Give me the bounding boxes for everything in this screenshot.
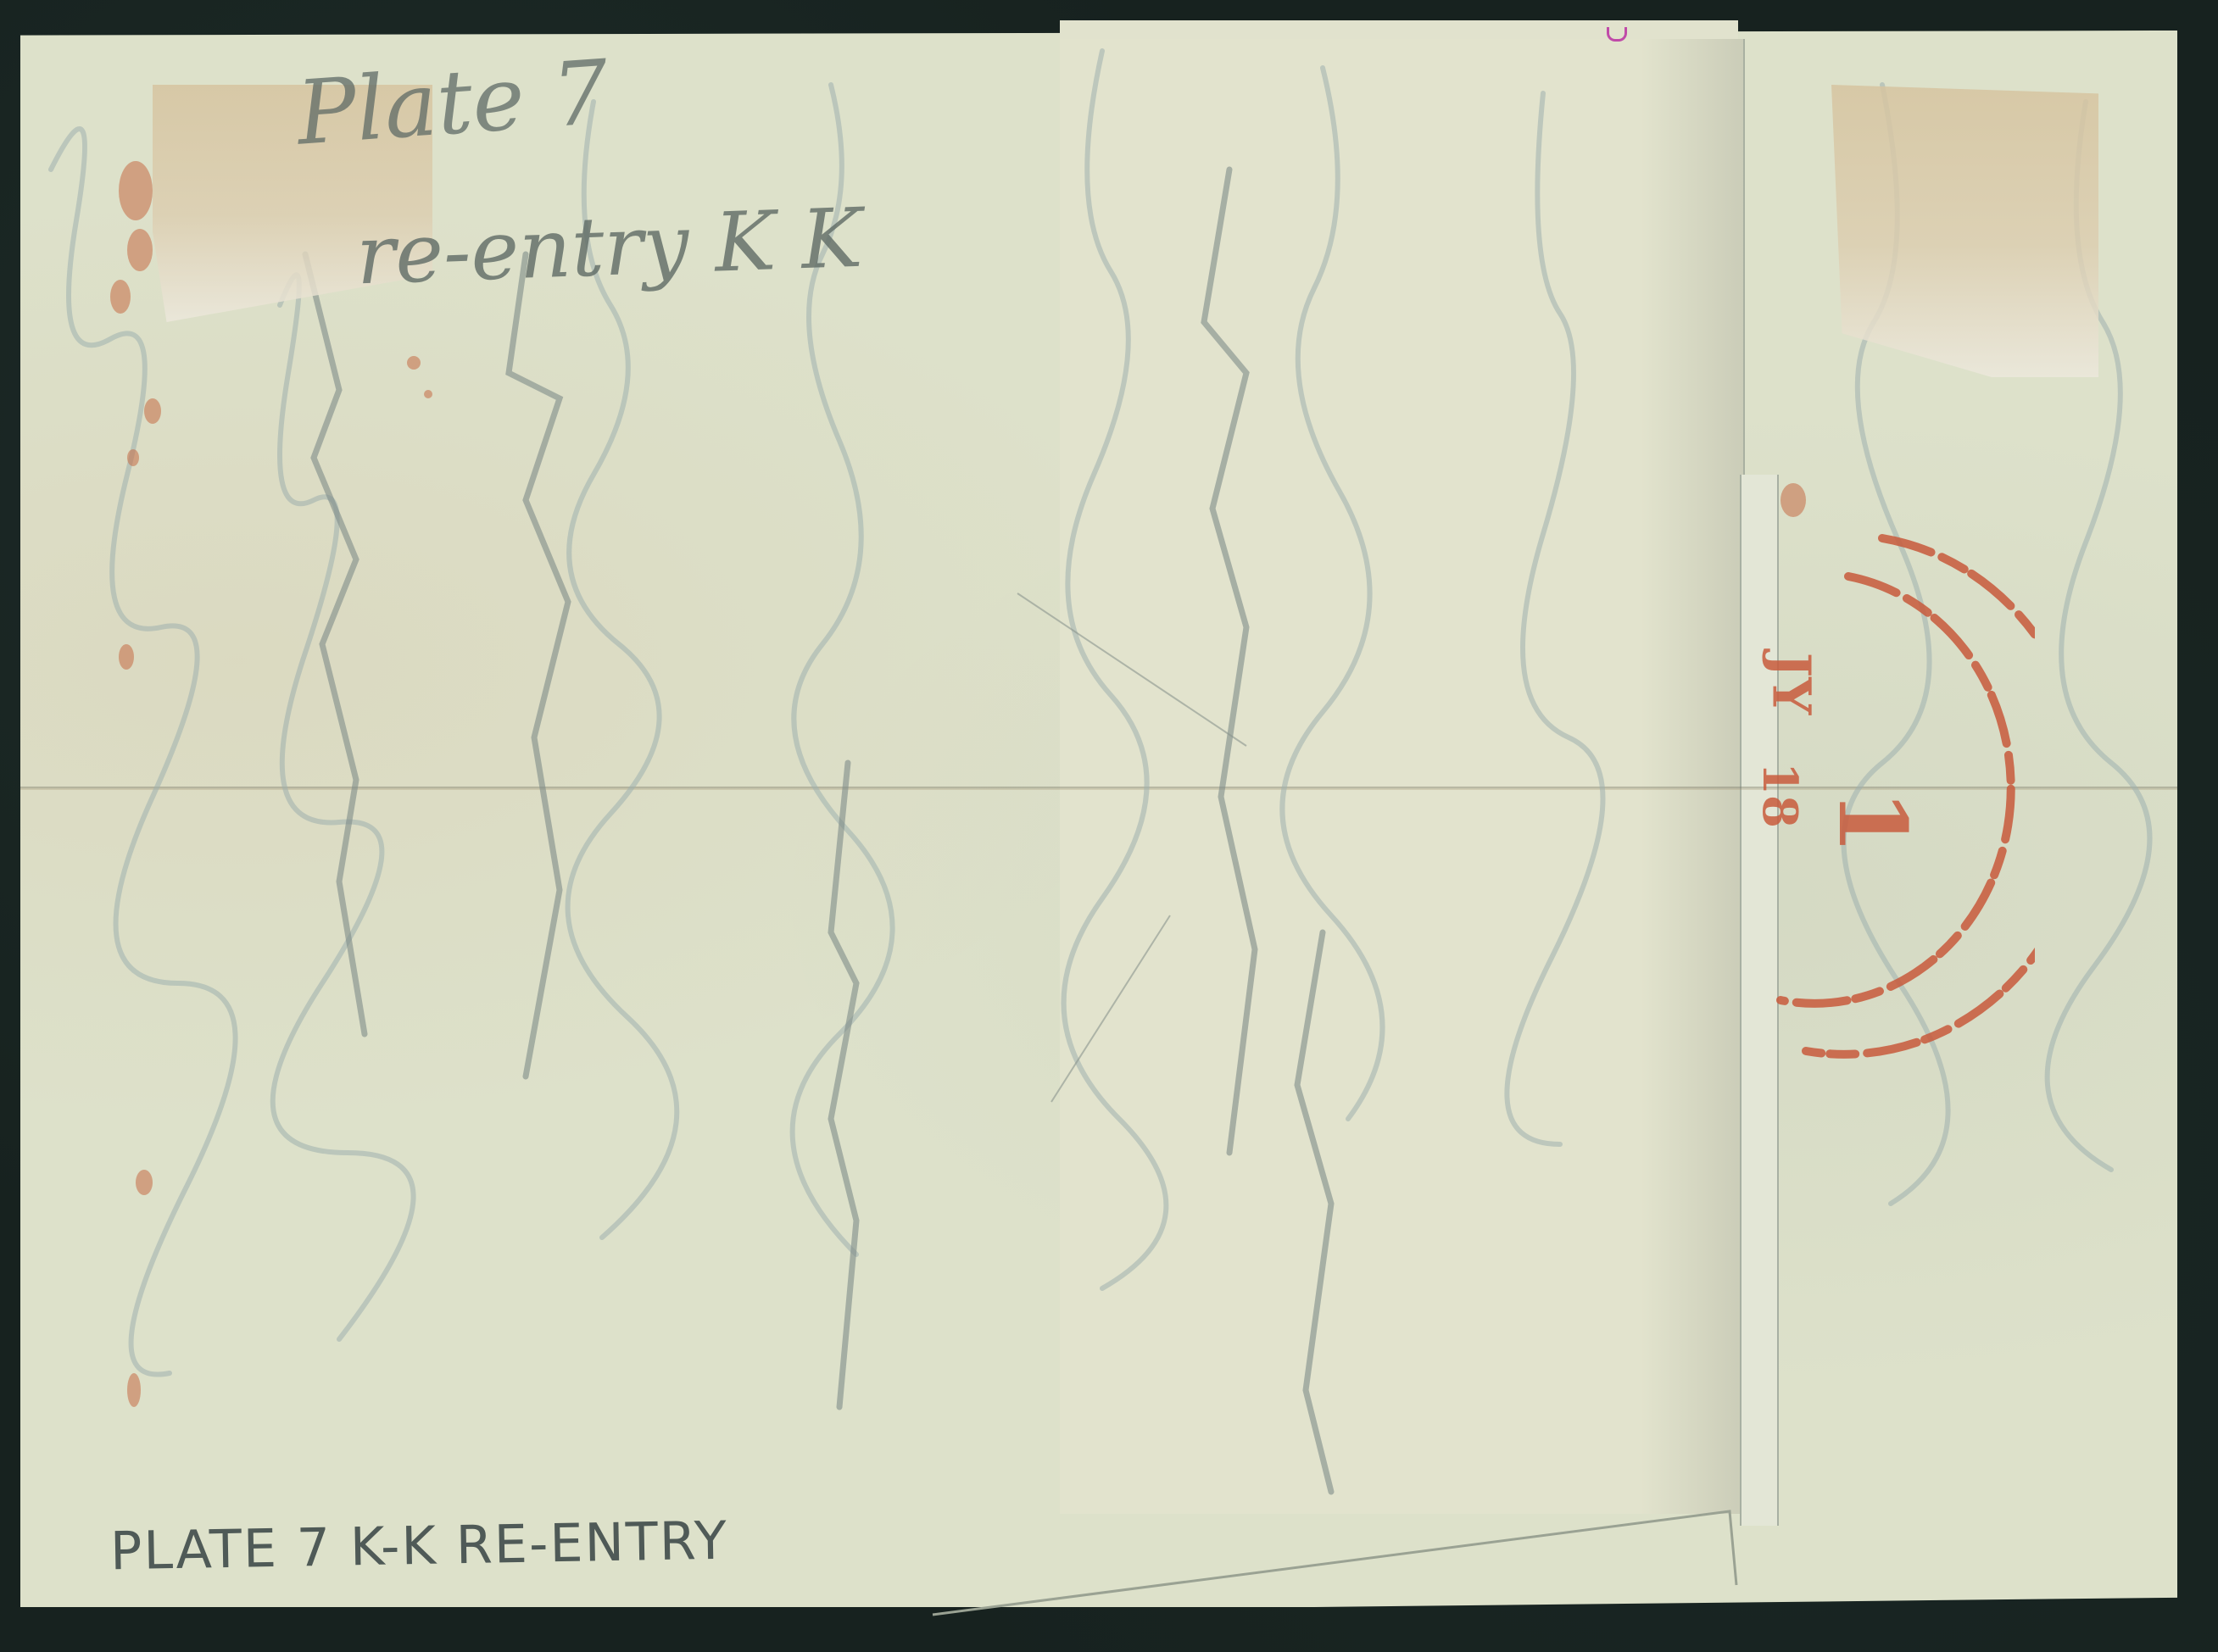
pencil-annotation-plate: Plate 7	[293, 40, 611, 164]
postmark-year: 18	[1752, 762, 1808, 828]
pencil-annotation-bottom: PLATE 7 K-K RE-ENTRY	[109, 1510, 728, 1582]
magenta-mark	[1607, 27, 1627, 42]
letter-sheet-inner-flap	[1060, 39, 1745, 1514]
postmark-month: JY	[1760, 653, 1822, 715]
pencil-annotation-reentry: re-entry K K	[354, 191, 863, 303]
postmark-day: 1	[1818, 789, 1927, 854]
folded-side-strip	[1740, 475, 1779, 1526]
stamp-hinge-right	[1831, 85, 2098, 377]
